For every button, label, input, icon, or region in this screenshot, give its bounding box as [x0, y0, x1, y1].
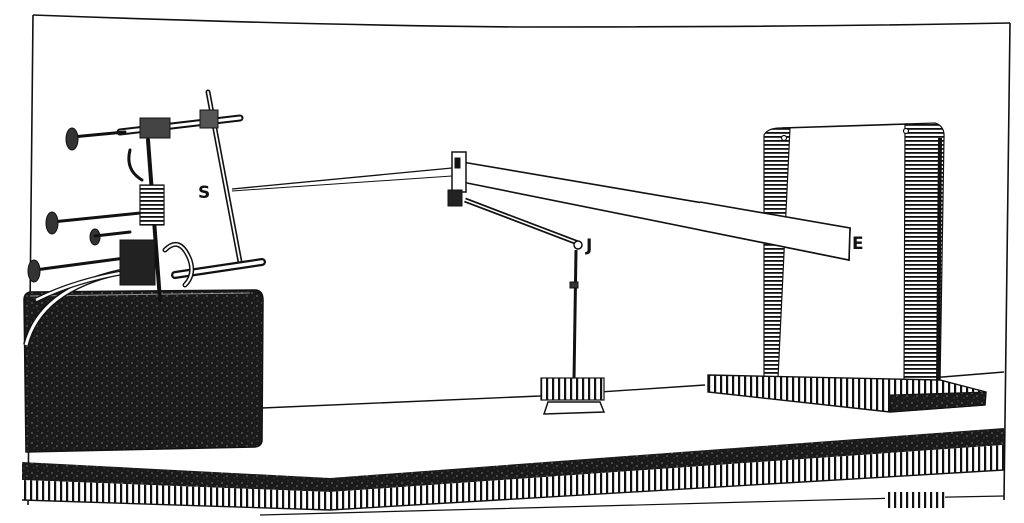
label-s: S — [198, 185, 210, 202]
lever-pivot — [448, 152, 466, 206]
upright-frame — [708, 123, 986, 412]
apparatus-illustration — [0, 0, 1024, 523]
instrument-case — [24, 270, 263, 452]
clamp-stand — [28, 92, 262, 300]
stand-j — [465, 200, 604, 414]
label-e: E — [852, 236, 864, 253]
label-j: J — [586, 238, 592, 255]
